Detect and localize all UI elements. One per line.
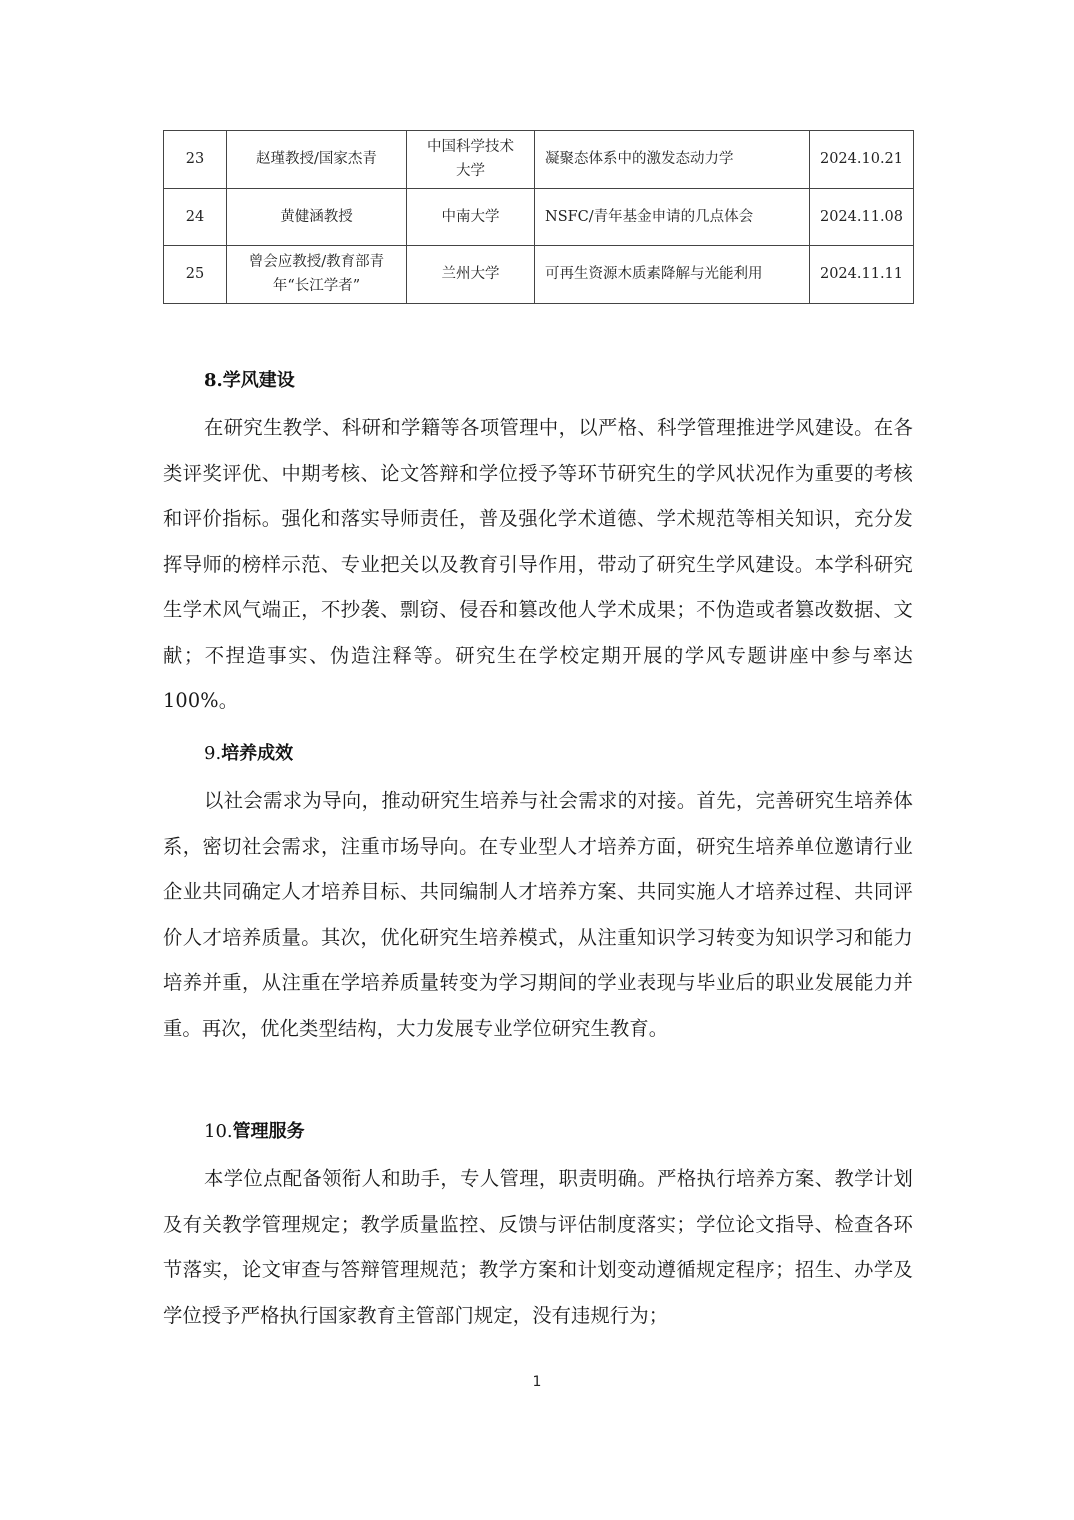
table-row: 23 赵瑾教授/国家杰青 中国科学技术大学 凝聚态体系中的激发态动力学 2024… <box>164 131 914 189</box>
section-title: 管理服务 <box>233 1121 305 1142</box>
cell-speaker: 黄健涵教授 <box>227 188 407 246</box>
cell-speaker: 曾会应教授/教育部青年“长江学者” <box>227 246 407 304</box>
page-number: 1 <box>527 1374 547 1390</box>
cell-date: 2024.11.08 <box>810 188 914 246</box>
lecture-table: 23 赵瑾教授/国家杰青 中国科学技术大学 凝聚态体系中的激发态动力学 2024… <box>163 130 914 304</box>
section-number: 8. <box>204 370 223 391</box>
cell-number: 25 <box>164 246 227 304</box>
cell-number: 23 <box>164 131 227 189</box>
cell-date: 2024.10.21 <box>810 131 914 189</box>
section-number: 9. <box>204 743 221 764</box>
section-heading-study-style: 8.学风建设 <box>163 362 295 400</box>
cell-number: 24 <box>164 188 227 246</box>
cell-speaker: 赵瑾教授/国家杰青 <box>227 131 407 189</box>
section-heading-training-results: 9.培养成效 <box>163 735 293 773</box>
section-body-training-results: 以社会需求为导向，推动研究生培养与社会需求的对接。首先，完善研究生培养体系，密切… <box>163 778 913 1051</box>
section-body-management-service: 本学位点配备领衔人和助手，专人管理，职责明确。严格执行培养方案、教学计划及有关教… <box>163 1156 913 1338</box>
cell-topic: NSFC/青年基金申请的几点体会 <box>535 188 810 246</box>
cell-institution: 中南大学 <box>407 188 535 246</box>
section-title: 培养成效 <box>221 743 293 764</box>
document-page: 23 赵瑾教授/国家杰青 中国科学技术大学 凝聚态体系中的激发态动力学 2024… <box>0 0 1074 1520</box>
cell-institution: 兰州大学 <box>407 246 535 304</box>
speaker-text: 曾会应教授/教育部青年“长江学者” <box>242 250 392 298</box>
cell-topic: 可再生资源木质素降解与光能利用 <box>535 246 810 304</box>
section-heading-management-service: 10.管理服务 <box>163 1113 305 1151</box>
cell-institution: 中国科学技术大学 <box>407 131 535 189</box>
section-title: 学风建设 <box>223 370 295 391</box>
table-row: 25 曾会应教授/教育部青年“长江学者” 兰州大学 可再生资源木质素降解与光能利… <box>164 246 914 304</box>
cell-topic: 凝聚态体系中的激发态动力学 <box>535 131 810 189</box>
section-number: 10. <box>204 1121 233 1142</box>
cell-date: 2024.11.11 <box>810 246 914 304</box>
section-body-study-style: 在研究生教学、科研和学籍等各项管理中，以严格、科学管理推进学风建设。在各类评奖评… <box>163 405 913 724</box>
table-row: 24 黄健涵教授 中南大学 NSFC/青年基金申请的几点体会 2024.11.0… <box>164 188 914 246</box>
institution-text: 中国科学技术大学 <box>421 135 521 183</box>
